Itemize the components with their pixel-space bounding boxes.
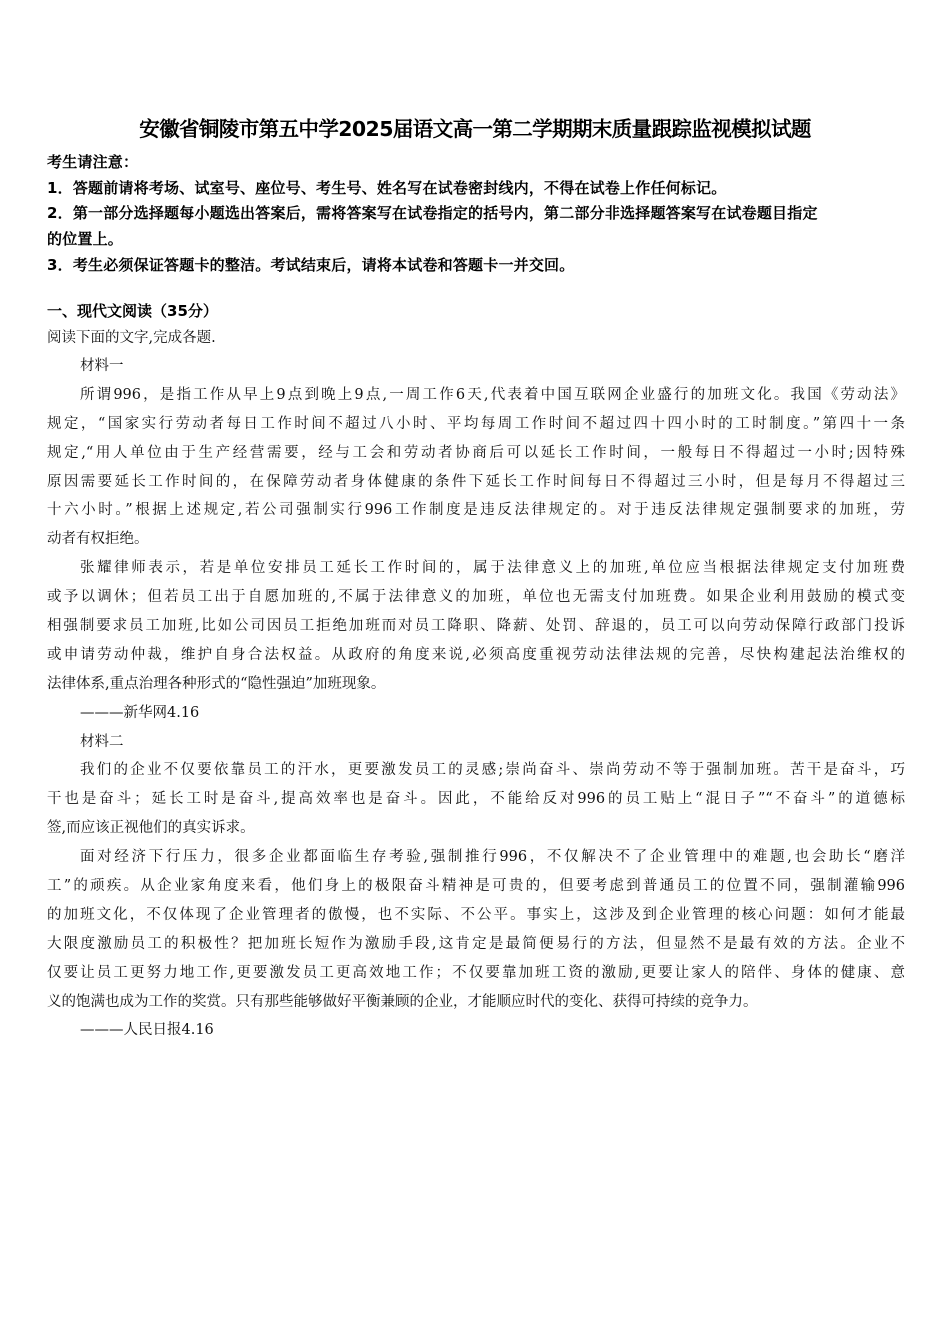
material-label: 材料一 — [47, 352, 905, 381]
passage-line: 相强制要求员工加班,比如公司因员工拒绝加班而对员工降职、降薪、处罚、辞退的，员工… — [47, 612, 905, 641]
exam-page: 安徽省铜陵市第五中学2025届语文高一第二学期期末质量跟踪监视模拟试题 考生请注… — [0, 0, 950, 1344]
notice-line: 1．答题前请将考场、试室号、座位号、考生号、姓名写在试卷密封线内，不得在试卷上作… — [47, 176, 917, 202]
candidate-notice: 考生请注意： 1．答题前请将考场、试室号、座位号、考生号、姓名写在试卷密封线内，… — [47, 150, 917, 278]
passage-line: 张耀律师表示，若是单位安排员工延长工作时间的，属于法律意义上的加班,单位应当根据… — [47, 554, 905, 583]
material-source: ———新华网4.16 — [47, 699, 905, 728]
notice-heading: 考生请注意： — [47, 150, 917, 176]
reading-passage: 材料一 所谓996，是指工作从早上9点到晚上9点,一周工作6天,代表着中国互联网… — [47, 352, 905, 1045]
passage-line: 工”的顽疾。从企业家角度来看，他们身上的极限奋斗精神是可贵的，但要考虑到普通员工… — [47, 872, 905, 901]
passage-line: 或予以调休；但若员工出于自愿加班的,不属于法律意义的加班，单位也无需支付加班费。… — [47, 583, 905, 612]
passage-line: 我们的企业不仅要依靠员工的汗水，更要激发员工的灵感;崇尚奋斗、崇尚劳动不等于强制… — [47, 756, 905, 785]
passage-line: 规定,“用人单位由于生产经营需要，经与工会和劳动者协商后可以延长工作时间，一般每… — [47, 439, 905, 468]
passage-line: 动者有权拒绝。 — [47, 525, 905, 554]
passage-line: 仅要让员工更努力地工作,更要激发员工更高效地工作；不仅要靠加班工资的激励,更要让… — [47, 959, 905, 988]
passage-line: 原因需要延长工作时间的，在保障劳动者身体健康的条件下延长工作时间每日不得超过三小… — [47, 468, 905, 497]
passage-line: 义的饱满也成为工作的奖赏。只有那些能够做好平衡兼顾的企业，才能顺应时代的变化、获… — [47, 988, 905, 1017]
passage-line: 规定，“国家实行劳动者每日工作时间不超过八小时、平均每周工作时间不超过四十四小时… — [47, 410, 905, 439]
passage-line: 或申请劳动仲裁，维护自身合法权益。从政府的角度来说,必须高度重视劳动法律法规的完… — [47, 641, 905, 670]
passage-line: 面对经济下行压力，很多企业都面临生存考验,强制推行996，不仅解决不了企业管理中… — [47, 843, 905, 872]
passage-line: 所谓996，是指工作从早上9点到晚上9点,一周工作6天,代表着中国互联网企业盛行… — [47, 381, 905, 410]
notice-line: 2．第一部分选择题每小题选出答案后，需将答案写在试卷指定的括号内，第二部分非选择… — [47, 201, 917, 227]
exam-title: 安徽省铜陵市第五中学2025届语文高一第二学期期末质量跟踪监视模拟试题 — [0, 112, 950, 142]
material-source: ———人民日报4.16 — [47, 1016, 905, 1045]
notice-line: 3．考生必须保证答题卡的整洁。考试结束后，请将本试卷和答题卡一并交回。 — [47, 253, 917, 279]
passage-line: 的加班文化，不仅体现了企业管理者的傲慢，也不实际、不公平。事实上，这涉及到企业管… — [47, 901, 905, 930]
material-label: 材料二 — [47, 728, 905, 757]
passage-line: 签,而应该正视他们的真实诉求。 — [47, 814, 905, 843]
passage-line: 十六小时。”根据上述规定,若公司强制实行996工作制度是违反法律规定的。对于违反… — [47, 496, 905, 525]
section-heading: 一、现代文阅读（35分） — [47, 300, 218, 321]
passage-line: 大限度激励员工的积极性？把加班长短作为激励手段,这肯定是最简便易行的方法，但显然… — [47, 930, 905, 959]
passage-line: 干也是奋斗；延长工时是奋斗,提高效率也是奋斗。因此，不能给反对996的员工贴上“… — [47, 785, 905, 814]
passage-line: 法律体系,重点治理各种形式的“隐性强迫”加班现象。 — [47, 670, 905, 699]
notice-line: 的位置上。 — [47, 227, 917, 253]
section-instruction: 阅读下面的文字,完成各题. — [47, 326, 216, 347]
